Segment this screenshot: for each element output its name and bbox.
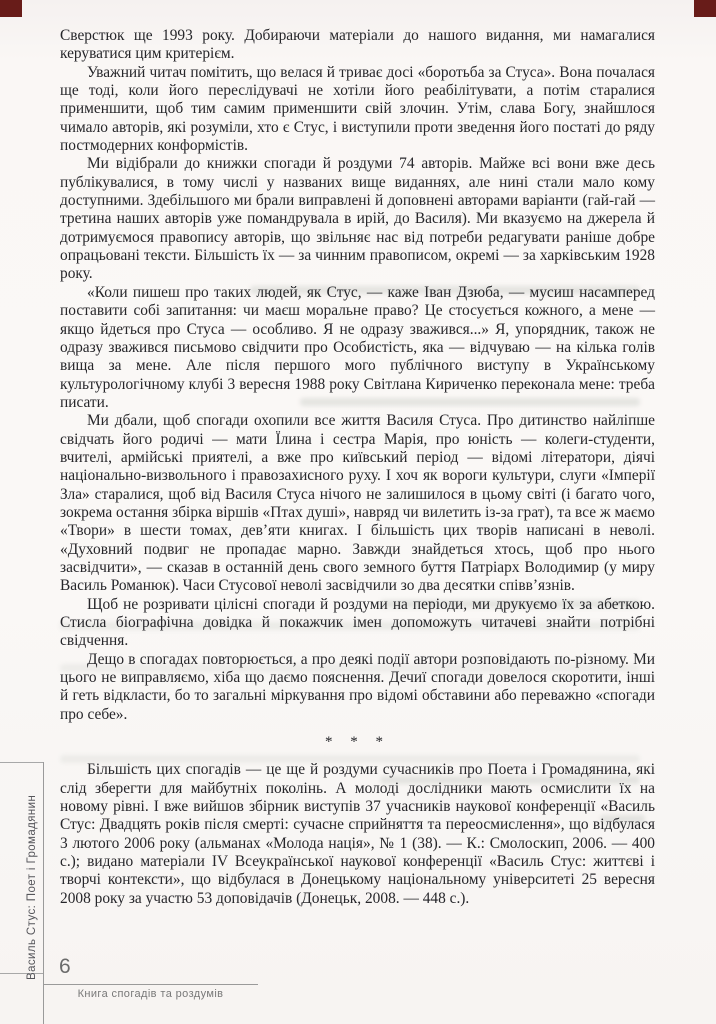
page-number: 6 [59, 955, 71, 979]
paragraph: Уважний читач помітить, що велася й трив… [60, 64, 655, 156]
sidebar-tick-top [0, 762, 43, 763]
paragraph: Ми відібрали до книжки спогади й роздуми… [60, 155, 655, 283]
paragraph: Сверстюк ще 1993 року. Добираючи матеріа… [60, 27, 655, 64]
page-text: Сверстюк ще 1993 року. Добираючи матеріа… [60, 27, 655, 908]
paragraph: Щоб не розривати цілісні спогади й розду… [60, 596, 655, 651]
paragraph: Дещо в спогадах повторюється, а про деяк… [60, 651, 655, 724]
footer-caption: Книга спогадів та роздумів [43, 988, 258, 1000]
corner-mark-right [694, 0, 716, 17]
section-separator: * * * [60, 733, 655, 751]
paragraph: «Коли пишеш про таких людей, як Стус, — … [60, 284, 655, 412]
corner-mark-left [0, 0, 22, 17]
sidebar-book-title: Василь Стус: Поет і Громадянин [26, 792, 42, 980]
footer-rule [43, 984, 258, 985]
book-page-scan: Сверстюк ще 1993 року. Добираючи матеріа… [0, 0, 716, 1024]
paragraph: Ми дбали, щоб спогади охопили все життя … [60, 412, 655, 595]
paragraph: Більшість цих спогадів — це ще й роздуми… [60, 761, 655, 908]
